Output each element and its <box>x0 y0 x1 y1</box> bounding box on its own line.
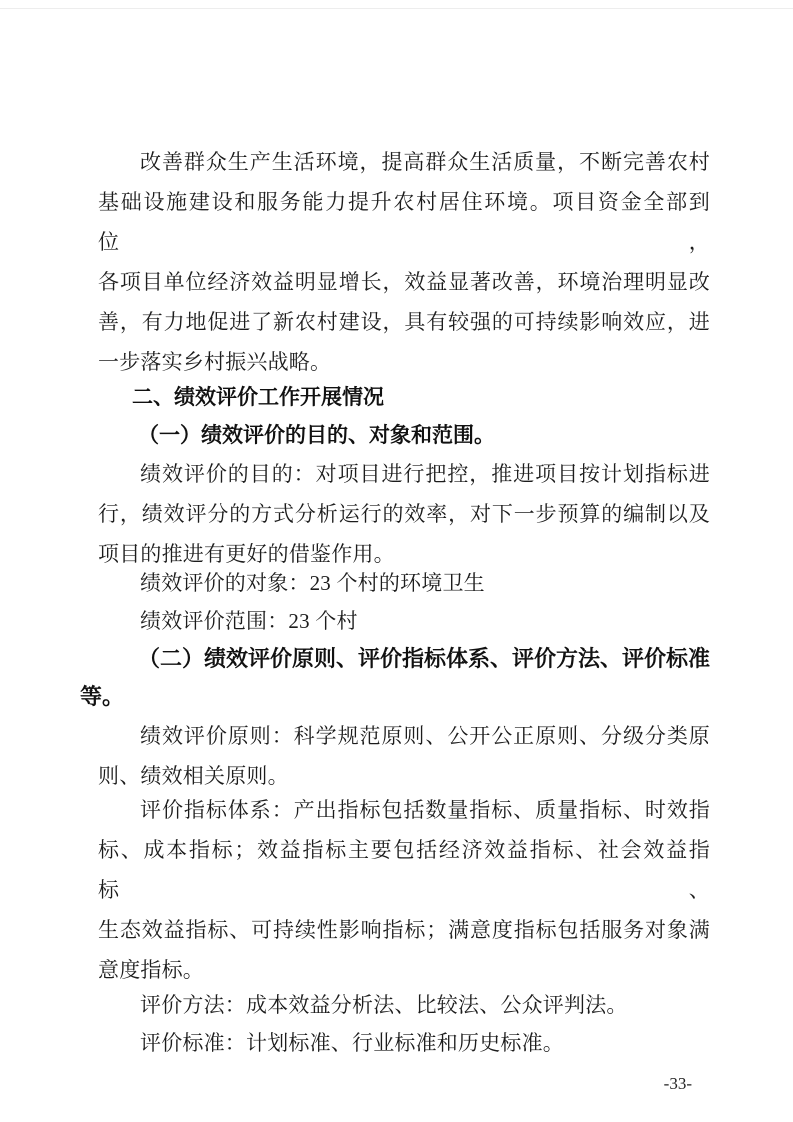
standards-line: 评价标准：计划标准、行业标准和历史标准。 <box>98 1023 710 1063</box>
paragraph-line: 一步落实乡村振兴战略。 <box>98 342 710 382</box>
paragraph-line: 绩效评价的目的：对项目进行把控，推进项目按计划指标进 <box>98 454 710 494</box>
paragraph-line: 善，有力地促进了新农村建设，具有较强的可持续影响效应，进 <box>98 302 710 342</box>
object-scope-block: 绩效评价的对象：23 个村的环境卫生 绩效评价范围：23 个村 <box>98 564 710 640</box>
paragraph-line: 生态效益指标、可持续性影响指标；满意度指标包括服务对象满 <box>98 910 710 950</box>
document-page: 改善群众生产生活环境，提高群众生活质量，不断完善农村 基础设施建设和服务能力提升… <box>0 0 793 1122</box>
heading-line: （二）绩效评价原则、评价指标体系、评价方法、评价标准 <box>80 640 710 678</box>
subsection-2-heading: （二）绩效评价原则、评价指标体系、评价方法、评价标准 等。 <box>80 640 710 716</box>
paragraph-line: 绩效评价原则：科学规范原则、公开公正原则、分级分类原 <box>98 716 710 756</box>
purpose-paragraph: 绩效评价的目的：对项目进行把控，推进项目按计划指标进 行，绩效评分的方式分析运行… <box>98 454 710 574</box>
paragraph-line: 意度指标。 <box>98 950 710 990</box>
page-top-divider <box>0 8 793 9</box>
section-heading: 二、绩效评价工作开展情况 <box>98 378 710 418</box>
principles-paragraph: 绩效评价原则：科学规范原则、公开公正原则、分级分类原 则、绩效相关原则。 <box>98 716 710 796</box>
subsection-1-heading: （一）绩效评价的目的、对象和范围。 <box>98 416 710 456</box>
page-number: -33- <box>98 1075 710 1093</box>
evaluation-object-line: 绩效评价的对象：23 个村的环境卫生 <box>98 564 710 602</box>
paragraph-line: 标、成本指标；效益指标主要包括经济效益指标、社会效益指标、 <box>98 830 710 910</box>
heading-line: 等。 <box>80 678 710 716</box>
methods-line: 评价方法：成本效益分析法、比较法、公众评判法。 <box>98 985 710 1025</box>
intro-paragraph: 改善群众生产生活环境，提高群众生活质量，不断完善农村 基础设施建设和服务能力提升… <box>98 142 710 382</box>
paragraph-line: 评价指标体系：产出指标包括数量指标、质量指标、时效指 <box>98 790 710 830</box>
evaluation-scope-line: 绩效评价范围：23 个村 <box>98 602 710 640</box>
paragraph-line: 各项目单位经济效益明显增长，效益显著改善，环境治理明显改 <box>98 262 710 302</box>
indicator-paragraph: 评价指标体系：产出指标包括数量指标、质量指标、时效指 标、成本指标；效益指标主要… <box>98 790 710 990</box>
paragraph-line: 基础设施建设和服务能力提升农村居住环境。项目资金全部到位， <box>98 182 710 262</box>
paragraph-line: 行，绩效评分的方式分析运行的效率，对下一步预算的编制以及 <box>98 494 710 534</box>
paragraph-line: 改善群众生产生活环境，提高群众生活质量，不断完善农村 <box>98 142 710 182</box>
